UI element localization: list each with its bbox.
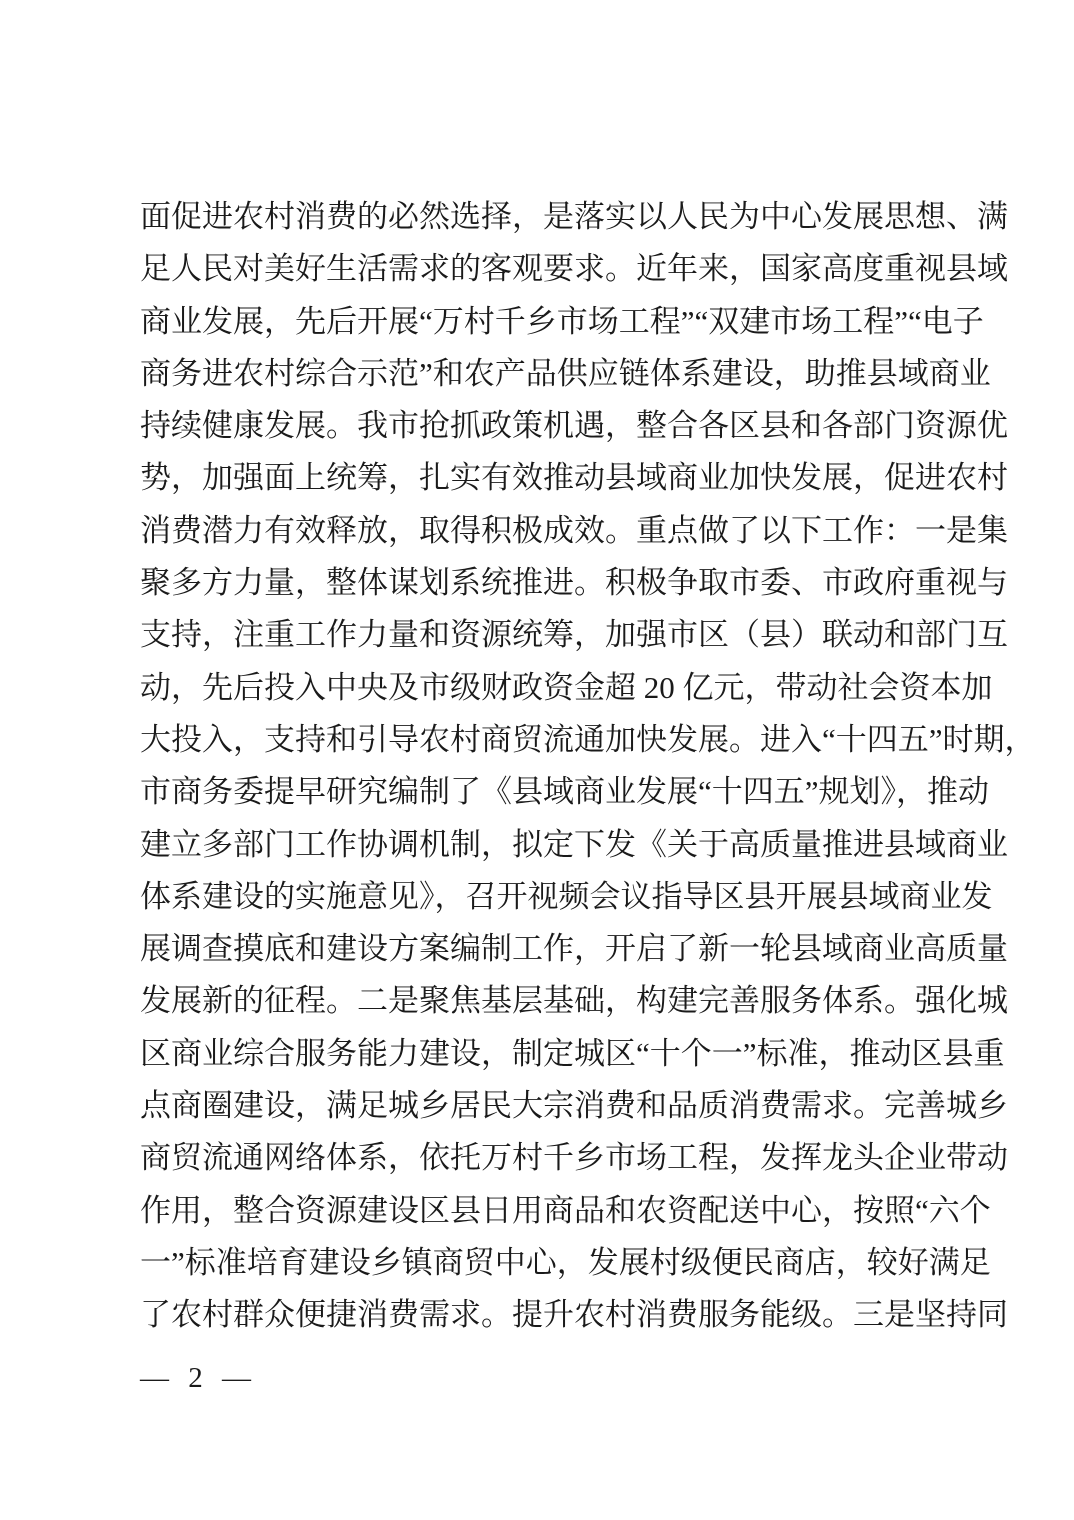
body-text-line: 发展新的征程。二是聚焦基层基础，构建完善服务体系。强化城	[140, 975, 942, 1027]
body-text-line: 了农村群众便捷消费需求。提升农村消费服务能级。三是坚持同	[140, 1289, 942, 1341]
document-page: 面促进农村消费的必然选择，是落实以人民为中心发展思想、满 足人民对美好生活需求的…	[0, 0, 1074, 1520]
body-text-line: 动，先后投入中央及市级财政资金超 20 亿元，带动社会资本加	[140, 662, 942, 714]
body-text-line: 商贸流通网络体系，依托万村千乡市场工程，发挥龙头企业带动	[140, 1132, 942, 1184]
body-text-line: 点商圈建设，满足城乡居民大宗消费和品质消费需求。完善城乡	[140, 1080, 942, 1132]
page-number: — 2 —	[140, 1352, 257, 1404]
body-text-line: 商务进农村综合示范”和农产品供应链体系建设，助推县域商业	[140, 348, 942, 400]
body-text-line: 建立多部门工作协调机制，拟定下发《关于高质量推进县域商业	[140, 819, 942, 871]
body-text-line: 作用，整合资源建设区县日用商品和农资配送中心，按照“六个	[140, 1185, 942, 1237]
body-text-line: 势，加强面上统筹，扎实有效推动县域商业加快发展，促进农村	[140, 452, 942, 504]
body-text-line: 商业发展，先后开展“万村千乡市场工程”“双建市场工程”“电子	[140, 296, 942, 348]
body-text-line: 体系建设的实施意见》，召开视频会议指导区县开展县域商业发	[140, 871, 942, 923]
body-text-line: 支持，注重工作力量和资源统筹，加强市区（县）联动和部门互	[140, 609, 942, 661]
body-text-line: 一”标准培育建设乡镇商贸中心，发展村级便民商店，较好满足	[140, 1237, 942, 1289]
body-text-line: 足人民对美好生活需求的客观要求。近年来，国家高度重视县域	[140, 243, 942, 295]
body-text-line: 市商务委提早研究编制了《县域商业发展“十四五”规划》，推动	[140, 766, 942, 818]
body-text-line: 区商业综合服务能力建设，制定城区“十个一”标准，推动区县重	[140, 1028, 942, 1080]
body-text-line: 大投入，支持和引导农村商贸流通加快发展。进入“十四五”时期，	[140, 714, 942, 766]
body-text-line: 消费潜力有效释放，取得积极成效。重点做了以下工作：一是集	[140, 505, 942, 557]
body-text-line: 聚多方力量，整体谋划系统推进。积极争取市委、市政府重视与	[140, 557, 942, 609]
body-text-line: 面促进农村消费的必然选择，是落实以人民为中心发展思想、满	[140, 191, 942, 243]
body-text-block: 面促进农村消费的必然选择，是落实以人民为中心发展思想、满 足人民对美好生活需求的…	[140, 191, 942, 1342]
body-text-line: 持续健康发展。我市抢抓政策机遇，整合各区县和各部门资源优	[140, 400, 942, 452]
body-text-line: 展调查摸底和建设方案编制工作，开启了新一轮县域商业高质量	[140, 923, 942, 975]
